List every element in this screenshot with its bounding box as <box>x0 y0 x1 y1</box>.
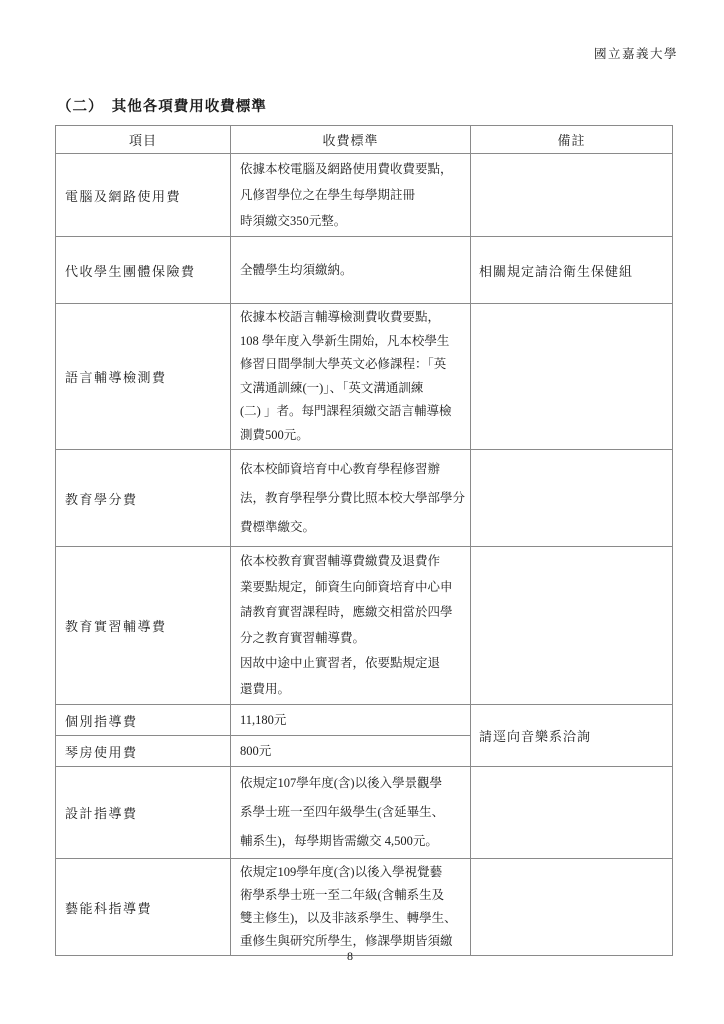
section-title: （二） 其他各項費用收費標準 <box>57 95 267 116</box>
standard-cell: 11,180元 <box>231 705 471 736</box>
item-cell: 個別指導費 <box>56 705 231 736</box>
standard-cell: 依據本校電腦及網路使用費收費要點， 凡修習學位之在學生每學期註冊 時須繳交350… <box>231 154 471 237</box>
document-page: 國立嘉義大學 （二） 其他各項費用收費標準 項目 收費標準 備註 電腦及網路使用… <box>0 0 724 1024</box>
table-row: 藝能科指導費 依規定109學年度(含)以後入學視覺藝 術學系學士班一至二年級(含… <box>56 859 673 956</box>
table-row: 語言輔導檢測費 依據本校語言輔導檢測費收費要點， 108 學年度入學新生開始，凡… <box>56 304 673 450</box>
item-cell: 琴房使用費 <box>56 736 231 767</box>
remark-cell-merged: 請逕向音樂系洽詢 <box>471 705 673 767</box>
fee-table: 項目 收費標準 備註 電腦及網路使用費 依據本校電腦及網路使用費收費要點， 凡修… <box>55 125 673 956</box>
standard-cell: 依據本校語言輔導檢測費收費要點， 108 學年度入學新生開始，凡本校學生 修習日… <box>231 304 471 450</box>
item-cell: 教育實習輔導費 <box>56 547 231 705</box>
item-cell: 設計指導費 <box>56 767 231 859</box>
table-row: 電腦及網路使用費 依據本校電腦及網路使用費收費要點， 凡修習學位之在學生每學期註… <box>56 154 673 237</box>
remark-cell <box>471 450 673 547</box>
standard-cell: 依規定109學年度(含)以後入學視覺藝 術學系學士班一至二年級(含輔系生及 雙主… <box>231 859 471 956</box>
table-row: 教育學分費 依本校師資培育中心教育學程修習辦 法，教育學程學分費比照本校大學部學… <box>56 450 673 547</box>
item-cell: 代收學生團體保險費 <box>56 237 231 304</box>
table-row: 教育實習輔導費 依本校教育實習輔導費繳費及退費作 業要點規定，師資生向師資培育中… <box>56 547 673 705</box>
remark-cell <box>471 859 673 956</box>
table-header-row: 項目 收費標準 備註 <box>56 126 673 154</box>
university-name: 國立嘉義大學 <box>594 44 678 62</box>
page-number: 8 <box>0 949 700 964</box>
remark-cell: 相關規定請洽衛生保健組 <box>471 237 673 304</box>
standard-cell: 全體學生均須繳納。 <box>231 237 471 304</box>
remark-cell <box>471 547 673 705</box>
table-row: 個別指導費 11,180元 請逕向音樂系洽詢 <box>56 705 673 736</box>
col-header-standard: 收費標準 <box>231 126 471 154</box>
item-cell: 電腦及網路使用費 <box>56 154 231 237</box>
item-cell: 語言輔導檢測費 <box>56 304 231 450</box>
standard-cell: 依本校師資培育中心教育學程修習辦 法，教育學程學分費比照本校大學部學分 費標準繳… <box>231 450 471 547</box>
standard-cell: 依本校教育實習輔導費繳費及退費作 業要點規定，師資生向師資培育中心申 請教育實習… <box>231 547 471 705</box>
standard-cell: 依規定107學年度(含)以後入學景觀學 系學士班一至四年級學生(含延畢生、 輔系… <box>231 767 471 859</box>
remark-cell <box>471 304 673 450</box>
remark-cell <box>471 767 673 859</box>
item-cell: 藝能科指導費 <box>56 859 231 956</box>
remark-cell <box>471 154 673 237</box>
table-row: 設計指導費 依規定107學年度(含)以後入學景觀學 系學士班一至四年級學生(含延… <box>56 767 673 859</box>
item-cell: 教育學分費 <box>56 450 231 547</box>
col-header-remark: 備註 <box>471 126 673 154</box>
col-header-item: 項目 <box>56 126 231 154</box>
standard-cell: 800元 <box>231 736 471 767</box>
table-row: 代收學生團體保險費 全體學生均須繳納。 相關規定請洽衛生保健組 <box>56 237 673 304</box>
